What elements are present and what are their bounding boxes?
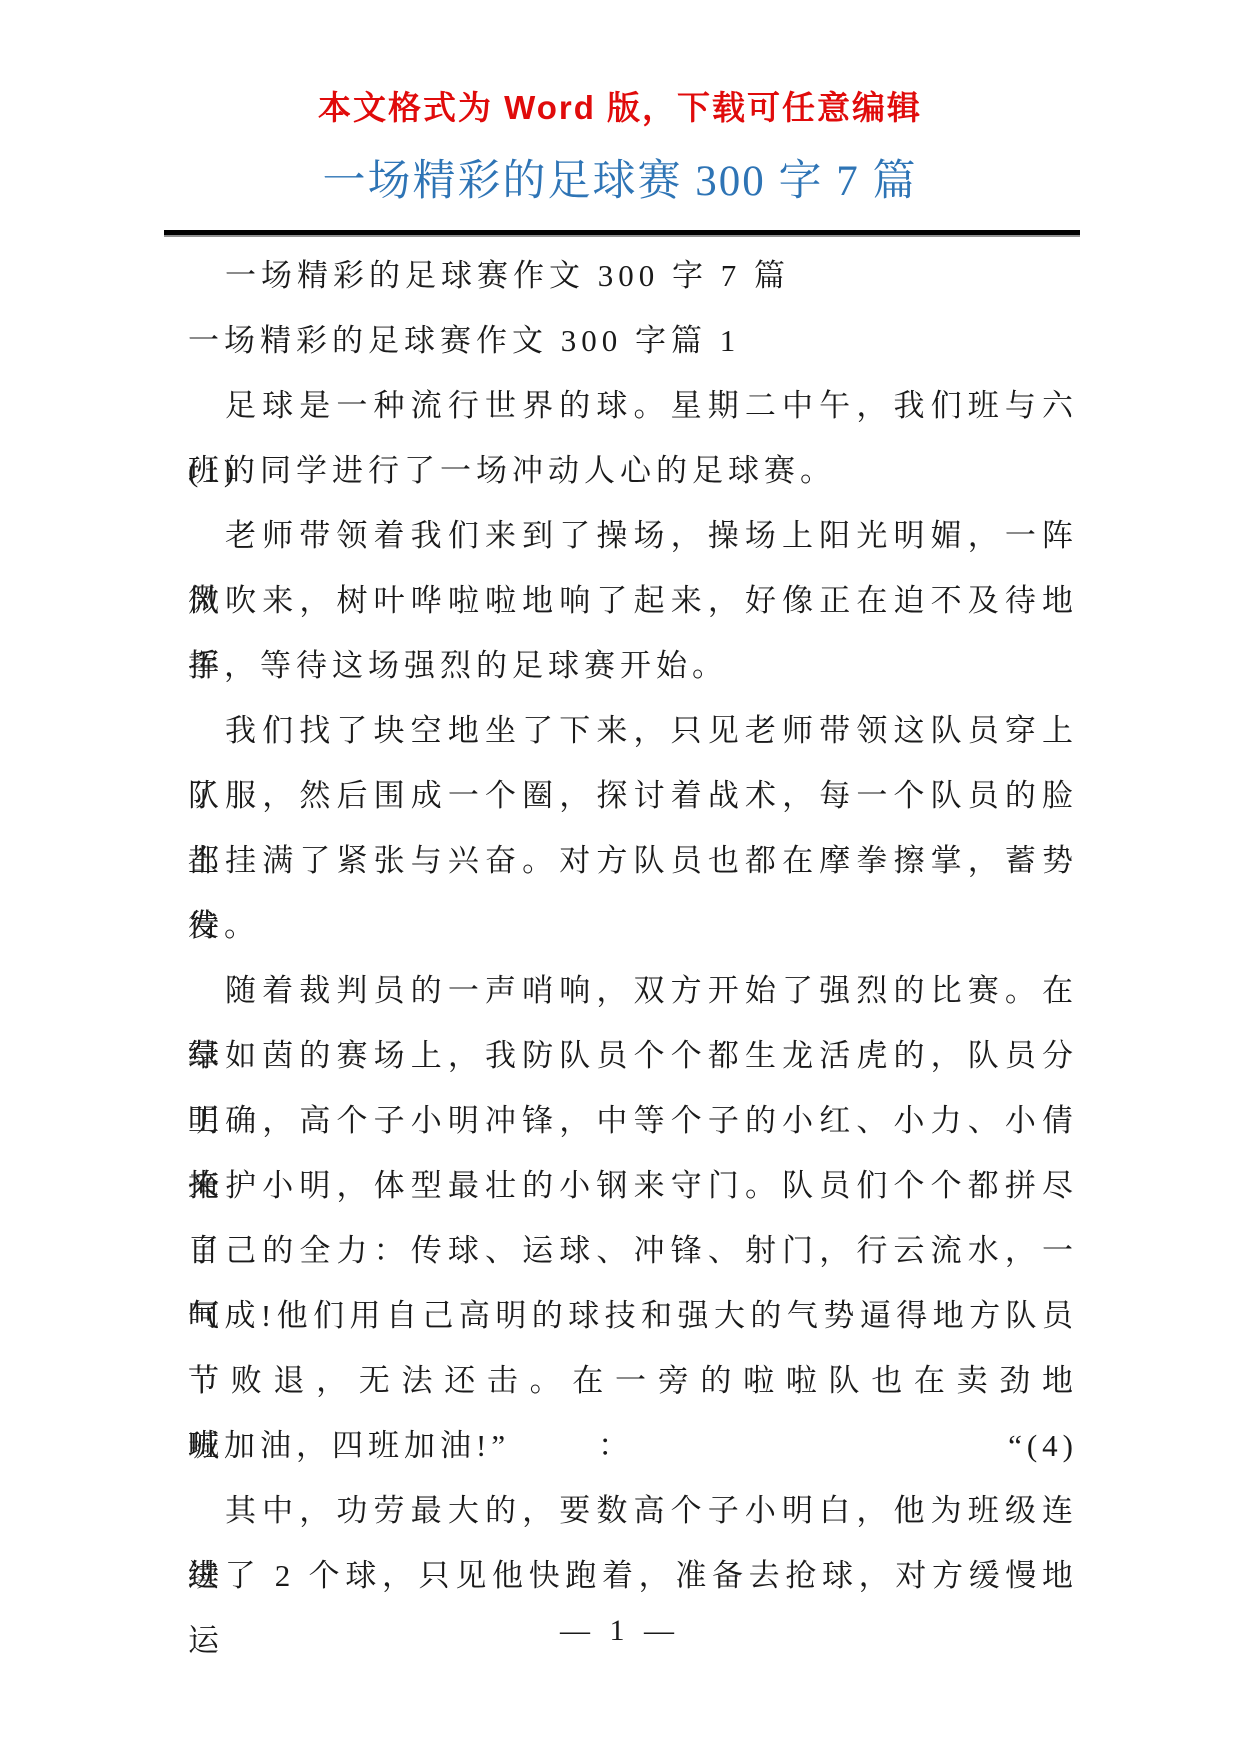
text-line: 我们找了块空地坐了下来，只见老师带领这队员穿上了: [188, 698, 1078, 763]
text-line: 掩护小明，体型最壮的小钢来守门。队员们个个都拼尽了: [188, 1153, 1078, 1218]
text-line: 呵成!他们用自己高明的球技和强大的气势逼得地方队员节: [188, 1283, 1078, 1348]
text-line: 自己的全力：传球、运球、冲锋、射门，行云流水，一气: [188, 1218, 1078, 1283]
paragraph-body: 我们找了块空地坐了下来，只见老师带领这队员穿上了队服，然后围成一个圈，探讨着战术…: [188, 698, 1078, 958]
text-line: 节败退，无法还击。在一旁的啦啦队也在卖劲地喊：“(4): [188, 1348, 1078, 1413]
text-line: 风吹来，树叶哗啦啦地响了起来，好像正在迫不及待地挥: [188, 568, 1078, 633]
text-line: 明确，高个子小明冲锋，中等个子的小红、小力、小倩来: [188, 1088, 1078, 1153]
text-line: 随着裁判员的一声哨响，双方开始了强烈的比赛。在绿: [188, 958, 1078, 1023]
title-divider: [164, 230, 1080, 237]
text-line: 足球是一种流行世界的球。星期二中午，我们班与六(1): [188, 373, 1078, 438]
document-body: 一场精彩的足球赛作文 300 字 7 篇一场精彩的足球赛作文 300 字篇 1足…: [188, 243, 1078, 1608]
text-line: 手，等待这场强烈的足球赛开始。: [188, 633, 1078, 698]
paragraph-body: 老师带领着我们来到了操场，操场上阳光明媚，一阵微风吹来，树叶哗啦啦地响了起来，好…: [188, 503, 1078, 698]
paragraph-body: 其中，功劳最大的，要数高个子小明白，他为班级连续进了 2 个球，只见他快跑着，准…: [188, 1478, 1078, 1608]
text-line: 进了 2 个球，只见他快跑着，准备去抢球，对方缓慢地运: [188, 1543, 1078, 1608]
text-line: 队服，然后围成一个圈，探讨着战术，每一个队员的脸上: [188, 763, 1078, 828]
paragraph-body: 随着裁判员的一声哨响，双方开始了强烈的比赛。在绿草如茵的赛场上，我防队员个个都生…: [188, 958, 1078, 1478]
paragraph-section-heading: 一场精彩的足球赛作文 300 字篇 1: [188, 308, 1078, 373]
text-line: 发。: [188, 893, 1078, 958]
text-line: 一场精彩的足球赛作文 300 字篇 1: [188, 308, 1078, 373]
text-line: 都挂满了紧张与兴奋。对方队员也都在摩拳擦掌，蓄势待: [188, 828, 1078, 893]
text-line: 草如茵的赛场上，我防队员个个都生龙活虎的，队员分工: [188, 1023, 1078, 1088]
paragraph-subtitle: 一场精彩的足球赛作文 300 字 7 篇: [188, 243, 1078, 308]
document-page: 本文格式为 Word 版，下载可任意编辑 一场精彩的足球赛 300 字 7 篇 …: [0, 0, 1240, 1753]
paragraph-body: 足球是一种流行世界的球。星期二中午，我们班与六(1)班的同学进行了一场冲动人心的…: [188, 373, 1078, 503]
text-line: 老师带领着我们来到了操场，操场上阳光明媚，一阵微: [188, 503, 1078, 568]
text-line: 班的同学进行了一场冲动人心的足球赛。: [188, 438, 1078, 503]
text-line: 其中，功劳最大的，要数高个子小明白，他为班级连续: [188, 1478, 1078, 1543]
format-notice: 本文格式为 Word 版，下载可任意编辑: [0, 82, 1240, 129]
document-title: 一场精彩的足球赛 300 字 7 篇: [0, 147, 1240, 208]
text-line: 一场精彩的足球赛作文 300 字 7 篇: [188, 243, 1078, 308]
page-number: — 1 —: [0, 1608, 1240, 1654]
